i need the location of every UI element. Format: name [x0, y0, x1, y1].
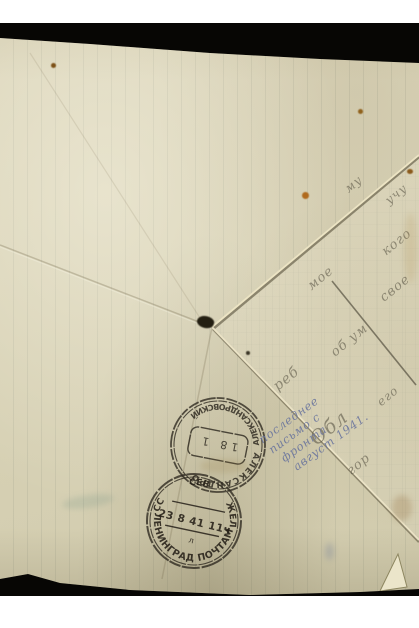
foxing-spot: [51, 63, 56, 68]
screenshot-root: { "scene": { "type": "photograph", "desc…: [0, 0, 419, 628]
photo-background: АЛЕКСАНДРО АЛЕКСАНДРОВСКИЙ 18 1 СС: [0, 23, 419, 596]
letter-paper: АЛЕКСАНДРО АЛЕКСАНДРОВСКИЙ 18 1 СС: [0, 23, 419, 596]
foxing-spot: [302, 192, 309, 199]
stain: [200, 459, 248, 473]
stain: [392, 495, 412, 521]
crease-left: [0, 245, 212, 327]
blue-mark: [325, 543, 334, 560]
overlay-graphics: АЛЕКСАНДРО АЛЕКСАНДРОВСКИЙ 18 1 СС: [0, 23, 419, 596]
foxing-spot: [246, 351, 250, 355]
foxing-spot: [358, 109, 363, 114]
dog-ear-corner: [380, 554, 407, 591]
postmark-lower: СС СЕВ ЖЕЛ ЛЕНИНГРАД ПОЧТАМТ 23 8 41 11ч…: [0, 23, 362, 578]
postmark-lower-sub: л: [188, 535, 195, 545]
postmark-upper-date: 18 1: [197, 433, 239, 453]
crease-bottom: [162, 327, 212, 579]
stain: [404, 213, 417, 283]
foxing-spot: [407, 169, 413, 174]
crease-upper-left: [30, 53, 200, 318]
